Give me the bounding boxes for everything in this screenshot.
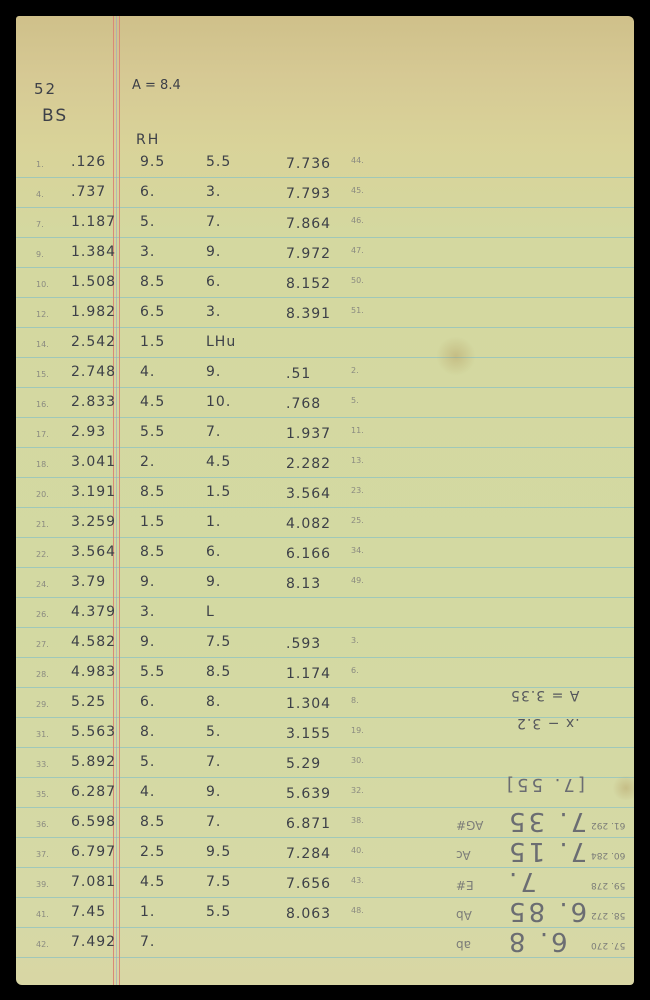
label-rh: RH: [136, 132, 160, 148]
row-rh: 8.: [140, 724, 155, 740]
row-rh: 6.5: [140, 304, 165, 320]
row-value: 2.833: [71, 394, 116, 410]
ruled-line: [16, 327, 634, 328]
row-col3: 7.793: [286, 186, 331, 202]
row-index: 12.: [36, 310, 49, 319]
ruled-line: [16, 267, 634, 268]
row-value: .126: [71, 154, 106, 170]
row-index: 9.: [36, 250, 44, 259]
ruled-line: [16, 177, 634, 178]
row-col3: .51: [286, 366, 311, 382]
row-index: 21.: [36, 520, 49, 529]
upside-value: 7. 15: [506, 836, 587, 866]
row-right-index: 40.: [351, 846, 364, 855]
row-rh: 9.: [140, 574, 155, 590]
ruled-line: [16, 957, 634, 958]
row-right-index: 25.: [351, 516, 364, 525]
row-col2: 5.5: [206, 904, 231, 920]
upside-x-minus: .x − 3.2: [516, 715, 580, 731]
row-index: 41.: [36, 910, 49, 919]
row-value: 5.563: [71, 724, 116, 740]
row-index: 1.: [36, 160, 44, 169]
row-right-index: 44.: [351, 156, 364, 165]
row-value: 7.45: [71, 904, 106, 920]
row-index: 39.: [36, 880, 49, 889]
row-col3: 7.972: [286, 246, 331, 262]
row-rh: 5.5: [140, 664, 165, 680]
ruled-line: [16, 597, 634, 598]
upside-value: 7.: [506, 866, 537, 896]
paper-stain: [611, 776, 634, 800]
row-col3: 7.656: [286, 876, 331, 892]
row-index: 22.: [36, 550, 49, 559]
row-right-index: 2.: [351, 366, 359, 375]
upside-ref: 60. 284: [591, 850, 625, 860]
row-index: 26.: [36, 610, 49, 619]
margin-line: [119, 16, 120, 985]
row-right-index: 51.: [351, 306, 364, 315]
row-rh: 9.5: [140, 154, 165, 170]
upside-note: ab: [456, 938, 471, 952]
ruled-line: [16, 537, 634, 538]
row-index: 28.: [36, 670, 49, 679]
ruled-line: [16, 417, 634, 418]
row-col2: 7.: [206, 754, 221, 770]
row-index: 37.: [36, 850, 49, 859]
row-index: 4.: [36, 190, 44, 199]
row-rh: 5.5: [140, 424, 165, 440]
upside-bracket: [7. 55]: [504, 774, 585, 795]
row-col3: 1.304: [286, 696, 331, 712]
row-rh: 1.5: [140, 334, 165, 350]
row-index: 10.: [36, 280, 49, 289]
row-right-index: 6.: [351, 666, 359, 675]
page-number-52: 52: [34, 80, 57, 98]
ruled-line: [16, 747, 634, 748]
row-rh: 1.5: [140, 514, 165, 530]
row-col2: 7.: [206, 424, 221, 440]
row-col2: 3.: [206, 304, 221, 320]
row-rh: 6.: [140, 184, 155, 200]
ruled-line: [16, 567, 634, 568]
row-rh: 8.5: [140, 484, 165, 500]
upside-ref: 61. 292: [591, 820, 625, 830]
row-col2: 7.5: [206, 634, 231, 650]
row-value: 2.748: [71, 364, 116, 380]
row-rh: 3.: [140, 244, 155, 260]
row-col3: 5.639: [286, 786, 331, 802]
row-index: 14.: [36, 340, 49, 349]
row-value: 4.379: [71, 604, 116, 620]
row-right-index: 48.: [351, 906, 364, 915]
row-right-index: 30.: [351, 756, 364, 765]
row-index: 17.: [36, 430, 49, 439]
upside-note: E#: [456, 878, 474, 892]
row-col2: 1.5: [206, 484, 231, 500]
row-rh: 5.: [140, 754, 155, 770]
row-value: 5.25: [71, 694, 106, 710]
row-col3: 5.29: [286, 756, 321, 772]
row-value: 4.983: [71, 664, 116, 680]
row-value: 3.564: [71, 544, 116, 560]
row-rh: 8.5: [140, 274, 165, 290]
row-value: 1.384: [71, 244, 116, 260]
row-col3: .768: [286, 396, 321, 412]
row-col2: LHu: [206, 334, 236, 350]
row-col2: 9.5: [206, 844, 231, 860]
ruled-line: [16, 507, 634, 508]
row-right-index: 46.: [351, 216, 364, 225]
row-value: 1.982: [71, 304, 116, 320]
row-right-index: 8.: [351, 696, 359, 705]
row-rh: 2.5: [140, 844, 165, 860]
row-value: 6.797: [71, 844, 116, 860]
row-right-index: 47.: [351, 246, 364, 255]
row-value: 5.892: [71, 754, 116, 770]
margin-line: [113, 16, 114, 985]
row-right-index: 11.: [351, 426, 364, 435]
ruled-line: [16, 297, 634, 298]
row-rh: 8.5: [140, 814, 165, 830]
row-value: 4.582: [71, 634, 116, 650]
row-rh: 8.5: [140, 544, 165, 560]
row-rh: 4.5: [140, 394, 165, 410]
row-index: 33.: [36, 760, 49, 769]
row-value: 6.287: [71, 784, 116, 800]
row-rh: 3.: [140, 604, 155, 620]
row-right-index: 45.: [351, 186, 364, 195]
row-col3: 1.937: [286, 426, 331, 442]
row-rh: 2.: [140, 454, 155, 470]
row-value: 3.041: [71, 454, 116, 470]
row-col2: 1.: [206, 514, 221, 530]
row-col3: 6.166: [286, 546, 331, 562]
label-bs: BS: [42, 106, 68, 126]
ruled-line: [16, 387, 634, 388]
row-value: 3.191: [71, 484, 116, 500]
row-index: 42.: [36, 940, 49, 949]
row-value: 1.187: [71, 214, 116, 230]
ruled-line: [16, 627, 634, 628]
row-rh: 4.5: [140, 874, 165, 890]
row-col3: 7.736: [286, 156, 331, 172]
row-col2: 7.: [206, 814, 221, 830]
row-rh: 9.: [140, 634, 155, 650]
row-index: 7.: [36, 220, 44, 229]
row-col2: 3.: [206, 184, 221, 200]
row-col3: 7.864: [286, 216, 331, 232]
row-col2: 7.5: [206, 874, 231, 890]
row-col2: 9.: [206, 574, 221, 590]
upside-ref: 59. 278: [591, 880, 625, 890]
row-right-index: 34.: [351, 546, 364, 555]
row-col3: 2.282: [286, 456, 331, 472]
upside-value: 7. 35: [506, 806, 587, 836]
ruled-line: [16, 447, 634, 448]
row-col3: 3.155: [286, 726, 331, 742]
row-col2: 4.5: [206, 454, 231, 470]
row-value: 2.93: [71, 424, 106, 440]
row-index: 35.: [36, 790, 49, 799]
row-right-index: 50.: [351, 276, 364, 285]
row-col2: 9.: [206, 244, 221, 260]
row-right-index: 19.: [351, 726, 364, 735]
row-right-index: 5.: [351, 396, 359, 405]
row-rh: 4.: [140, 364, 155, 380]
row-rh: 1.: [140, 904, 155, 920]
row-col2: L: [206, 604, 215, 620]
row-col3: 6.871: [286, 816, 331, 832]
row-col3: 8.152: [286, 276, 331, 292]
upside-note: Ac: [456, 848, 471, 862]
row-index: 20.: [36, 490, 49, 499]
row-index: 24.: [36, 580, 49, 589]
ruled-line: [16, 867, 634, 868]
paper-stain: [436, 336, 476, 376]
row-index: 29.: [36, 700, 49, 709]
row-col2: 5.: [206, 724, 221, 740]
row-index: 27.: [36, 640, 49, 649]
row-col3: 8.063: [286, 906, 331, 922]
ruled-line: [16, 237, 634, 238]
row-col3: .593: [286, 636, 321, 652]
upside-note: Ab: [456, 908, 472, 922]
row-col3: 1.174: [286, 666, 331, 682]
row-rh: 7.: [140, 934, 155, 950]
row-col3: 7.284: [286, 846, 331, 862]
row-right-index: 23.: [351, 486, 364, 495]
upside-a-equals: A = 3.35: [510, 687, 579, 703]
row-value: 7.492: [71, 934, 116, 950]
row-index: 15.: [36, 370, 49, 379]
row-value: 3.259: [71, 514, 116, 530]
row-col3: 4.082: [286, 516, 331, 532]
row-index: 31.: [36, 730, 49, 739]
upside-ref: 58. 272: [591, 910, 625, 920]
row-value: 1.508: [71, 274, 116, 290]
row-col2: 5.5: [206, 154, 231, 170]
row-col2: 8.: [206, 694, 221, 710]
row-col3: 3.564: [286, 486, 331, 502]
upside-value: 6. 8: [506, 926, 568, 956]
row-col2: 10.: [206, 394, 231, 410]
upside-note: AG#: [456, 818, 483, 832]
upside-value: 6. 85: [506, 896, 587, 926]
row-col2: 9.: [206, 364, 221, 380]
ruled-line: [16, 357, 634, 358]
row-right-index: 43.: [351, 876, 364, 885]
row-right-index: 38.: [351, 816, 364, 825]
upside-ref: 57. 270: [591, 940, 625, 950]
row-value: 2.542: [71, 334, 116, 350]
row-right-index: 49.: [351, 576, 364, 585]
ruled-line: [16, 207, 634, 208]
row-index: 16.: [36, 400, 49, 409]
legal-pad-sheet: 52 BS A = 8.4 RH 1..1269.55.57.73644.4..…: [16, 16, 634, 985]
a-equals-value: A = 8.4: [132, 78, 181, 93]
row-value: .737: [71, 184, 106, 200]
row-col2: 7.: [206, 214, 221, 230]
ruled-line: [16, 657, 634, 658]
row-right-index: 13.: [351, 456, 364, 465]
row-col3: 8.13: [286, 576, 321, 592]
row-rh: 5.: [140, 214, 155, 230]
row-col2: 6.: [206, 544, 221, 560]
row-index: 18.: [36, 460, 49, 469]
row-value: 6.598: [71, 814, 116, 830]
row-right-index: 32.: [351, 786, 364, 795]
row-col2: 9.: [206, 784, 221, 800]
margin-line: [116, 16, 117, 985]
row-right-index: 3.: [351, 636, 359, 645]
row-rh: 4.: [140, 784, 155, 800]
row-index: 36.: [36, 820, 49, 829]
row-col3: 8.391: [286, 306, 331, 322]
row-rh: 6.: [140, 694, 155, 710]
row-col2: 8.5: [206, 664, 231, 680]
ruled-line: [16, 477, 634, 478]
row-value: 3.79: [71, 574, 106, 590]
row-value: 7.081: [71, 874, 116, 890]
row-col2: 6.: [206, 274, 221, 290]
